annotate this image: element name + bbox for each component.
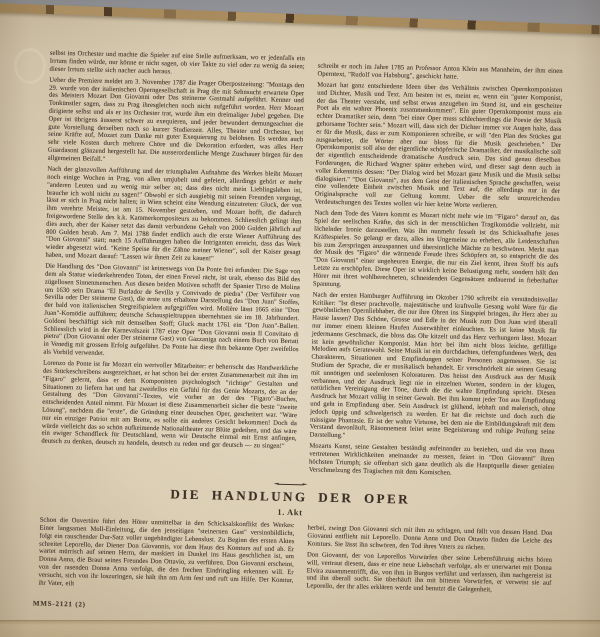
paragraph: Mozarts Kunst, seine Gestalten beständig… — [309, 443, 555, 480]
paragraph: Nach der ersten Hamburger Aufführung im … — [310, 291, 558, 444]
paragraph: Nach dem Tode des Vaters kommt es Mozart… — [313, 210, 560, 293]
synopsis-left-column: Schon die Ouvertüre führt den Hörer unmi… — [38, 517, 295, 596]
paragraph: Lorenzo da Ponte ist für Mozart ein wert… — [41, 360, 298, 451]
paragraph: Die Handlung des "Don Giovanni" ist kein… — [43, 263, 300, 362]
paragraph: selbst ins Orchester und machte die Spie… — [49, 50, 304, 79]
printed-page: selbst ins Orchester und machte die Spie… — [0, 49, 600, 620]
paragraph: Schon die Ouvertüre führt den Hörer unmi… — [38, 517, 294, 593]
main-article: selbst ins Orchester und machte die Spie… — [0, 49, 600, 484]
paragraph: Ueber die Premiere meldet am 3. November… — [48, 77, 305, 168]
synopsis-right-column: herbei, zwingt Don Giovanni sich mit ihm… — [306, 525, 553, 602]
paragraph: Mozart hat ganz entschiedene Ideen über … — [315, 82, 563, 212]
synopsis-columns: Schon die Ouvertüre führt den Hörer unmi… — [0, 516, 590, 603]
paragraph: Don Giovanni, der von Leporellos Vorwürf… — [306, 551, 552, 595]
paragraph: schreibt er noch im Jahre 1785 an Profes… — [317, 63, 562, 84]
article-left-column: selbst ins Orchester und machte die Spie… — [41, 50, 305, 478]
sleeve-bottom-fold — [0, 620, 600, 637]
divider-arrow-ornament — [274, 483, 308, 487]
paragraph: herbei, zwingt Don Giovanni sich mit ihm… — [307, 525, 552, 554]
article-right-column: schreibt er noch im Jahre 1785 an Profes… — [309, 63, 563, 483]
paragraph: Nach der glanzvollen Aufführung und der … — [45, 166, 302, 265]
